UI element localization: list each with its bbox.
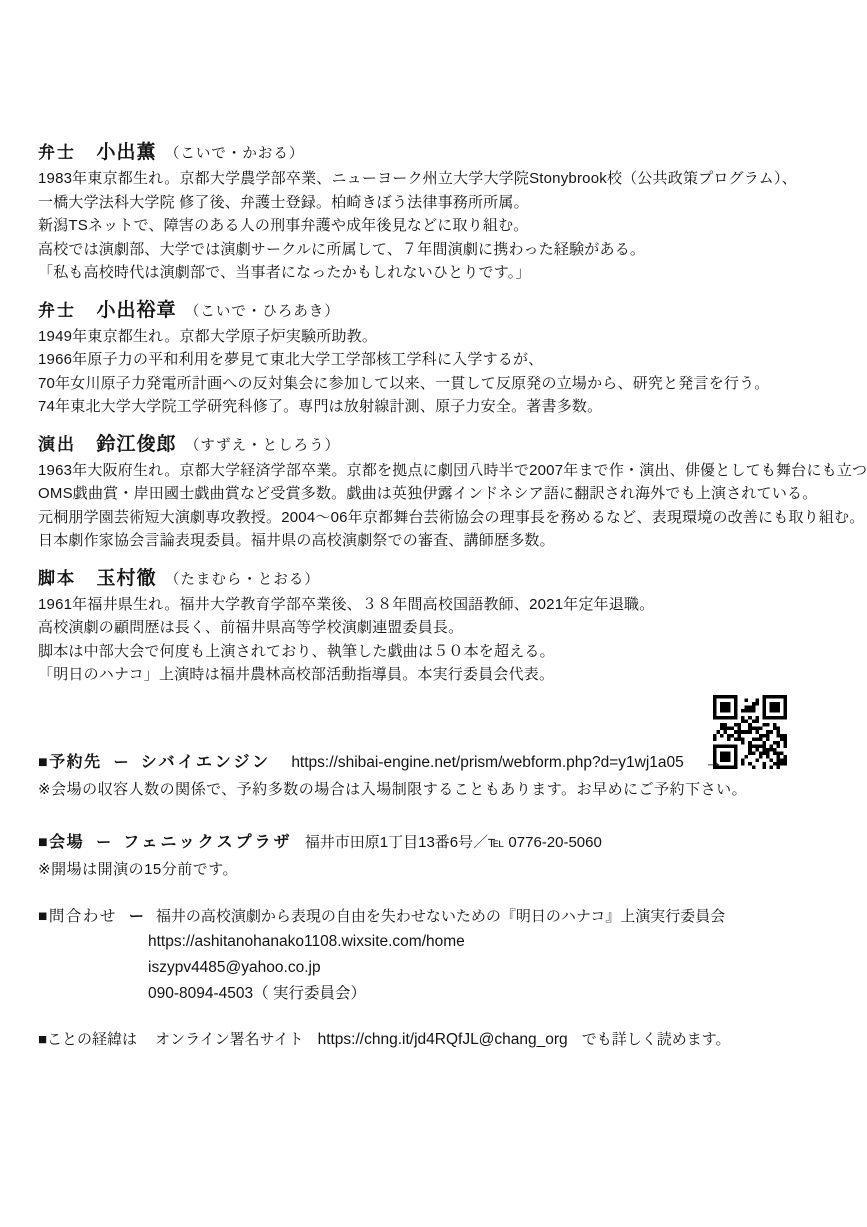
contact-email-link[interactable]: iszypv4485@yahoo.co.jp [38,955,850,981]
bio-line: 「私も高校時代は演劇部で、当事者になったかもしれないひとりです。」 [38,261,850,285]
profile-kana: （こいで・ひろあき） [185,304,340,320]
profile-name: 鈴江俊郎 [96,434,176,455]
bio-line: 日本劇作家協会言論表現委員。福井県の高校演劇祭での審査、講師歴多数。 [38,529,850,553]
venue-name: フェニックスプラザ [123,834,292,851]
profile-header: 弁士 小出薫 （こいで・かおる） [38,140,850,167]
bio-line: 脚本は中部大会で何度も上演されており、執筆した戯曲は５０本を超える。 [38,640,850,664]
flyer-page: { "page": { "background": "#ffffff", "te… [0,0,867,1227]
profile-role: 弁士 [38,143,76,162]
profile-koide-kaoru: 弁士 小出薫 （こいで・かおる） 1983年東京都生れ。京都大学農学部卒業、ニュ… [38,140,850,285]
contact-phone: 090-8094-4503（ 実行委員会） [38,981,850,1007]
profile-name: 小出裕章 [96,300,176,321]
bio-line: 元桐朋学園芸術短大演劇専攻教授。2004〜06年京都舞台芸術協会の理事長を務める… [38,506,850,530]
petition-line: ■ことの経緯はオンライン署名サイトhttps://chng.it/jd4RQfJ… [38,1028,850,1052]
bio-line: OMS戯曲賞・岸田國士戯曲賞など受賞多数。戯曲は英独伊露インドネシア語に翻訳され… [38,482,850,506]
qr-code [713,695,787,769]
profile-role: 脚本 [38,569,76,588]
profile-koide-hiroaki: 弁士 小出裕章 （こいで・ひろあき） 1949年東京都生れ。京都大学原子炉実験所… [38,298,850,419]
venue-label: ■会場 [38,834,84,851]
booking-service-name: シバイエンジン [141,754,271,771]
bio-line: 新潟TSネットで、障害のある人の刑事弁護や成年後見などに取り組む。 [38,214,850,238]
profile-kana: （すずえ・としろう） [185,438,340,454]
profile-header: 弁士 小出裕章 （こいで・ひろあき） [38,298,850,325]
bio-line: 高校演劇の顧問歴は長く、前福井県高等学校演劇連盟委員長。 [38,616,850,640]
contact-label: ■問合わせ [38,908,117,925]
profile-name: 小出薫 [96,142,156,163]
petition-suffix: でも詳しく読めます。 [582,1031,731,1048]
dash-separator: ー [96,834,111,851]
flyer-content: 弁士 小出薫 （こいで・かおる） 1983年東京都生れ。京都大学農学部卒業、ニュ… [38,140,850,1052]
profile-header: 脚本 玉村徹 （たまむら・とおる） [38,566,850,593]
profile-kana: （たまむら・とおる） [165,572,320,588]
venue-section: ■会場ーフェニックスプラザ 福井市田原1丁目13番6号／℡ 0776-20-50… [38,831,850,882]
venue-note: ※開場は開演の15分前です。 [38,858,850,882]
venue-address: 福井市田原1丁目13番6号／℡ 0776-20-5060 [305,834,602,851]
profile-tamamura-toru: 脚本 玉村徹 （たまむら・とおる） 1961年福井県生れ。福井大学教育学部卒業後… [38,566,850,687]
petition-site-label: オンライン署名サイト [155,1031,304,1048]
contact-organization: 福井の高校演劇から表現の自由を失わせないための『明日のハナコ』上演実行委員会 [156,908,725,925]
bio-line: 一橋大学法科大学院 修了後、弁護士登録。柏崎きぼう法律事務所所属。 [38,191,850,215]
bio-line: 1949年東京都生れ。京都大学原子炉実験所助教。 [38,325,850,349]
booking-url-link[interactable]: https://shibai-engine.net/prism/webform.… [291,754,683,771]
profile-name: 玉村徹 [96,568,156,589]
profile-header: 演出 鈴江俊郎 （すずえ・としろう） [38,432,850,459]
petition-section: ■ことの経緯はオンライン署名サイトhttps://chng.it/jd4RQfJ… [38,1028,850,1052]
bio-line: 高校では演劇部、大学では演劇サークルに所属して、７年間演劇に携わった経験がある。 [38,238,850,262]
petition-url-link[interactable]: https://chng.it/jd4RQfJL@chang_org [318,1031,568,1048]
profile-suzue-toshiro: 演出 鈴江俊郎 （すずえ・としろう） 1963年大阪府生れ。京都大学経済学部卒業… [38,432,850,553]
contact-website-link[interactable]: https://ashitanohanako1108.wixsite.com/h… [38,929,850,955]
bio-line: 70年女川原子力発電所計画への反対集会に参加して以来、一貫して反原発の立場から、… [38,372,850,396]
bio-line: 1983年東京都生れ。京都大学農学部卒業、ニューヨーク州立大学大学院Stonyb… [38,167,850,191]
booking-note: ※会場の収容人数の関係で、予約多数の場合は入場制限することもあります。お早めにご… [38,778,850,802]
dash-separator: ー [129,908,144,925]
dash-separator: ー [114,754,129,771]
venue-line: ■会場ーフェニックスプラザ 福井市田原1丁目13番6号／℡ 0776-20-50… [38,831,850,855]
profile-kana: （こいで・かおる） [165,146,305,162]
bio-line: 1961年福井県生れ。福井大学教育学部卒業後、３８年間高校国語教師、2021年定… [38,593,850,617]
petition-label: ■ことの経緯は [38,1031,137,1048]
bio-line: 「明日のハナコ」上演時は福井農林高校部活動指導員。本実行委員会代表。 [38,663,850,687]
bio-line: 74年東北大学大学院工学研究科修了。専門は放射線計測、原子力安全。著書多数。 [38,395,850,419]
profile-role: 演出 [38,435,76,454]
profile-role: 弁士 [38,301,76,320]
bio-line: 1963年大阪府生れ。京都大学経済学部卒業。京都を拠点に劇団八時半で2007年ま… [38,459,850,483]
booking-label: ■予約先 [38,754,102,771]
contact-section: ■問合わせー福井の高校演劇から表現の自由を失わせないための『明日のハナコ』上演実… [38,905,850,1007]
contact-line: ■問合わせー福井の高校演劇から表現の自由を失わせないための『明日のハナコ』上演実… [38,905,850,929]
qr-code-image [713,695,787,769]
bio-line: 1966年原子力の平和利用を夢見て東北大学工学部核工学科に入学するが、 [38,348,850,372]
